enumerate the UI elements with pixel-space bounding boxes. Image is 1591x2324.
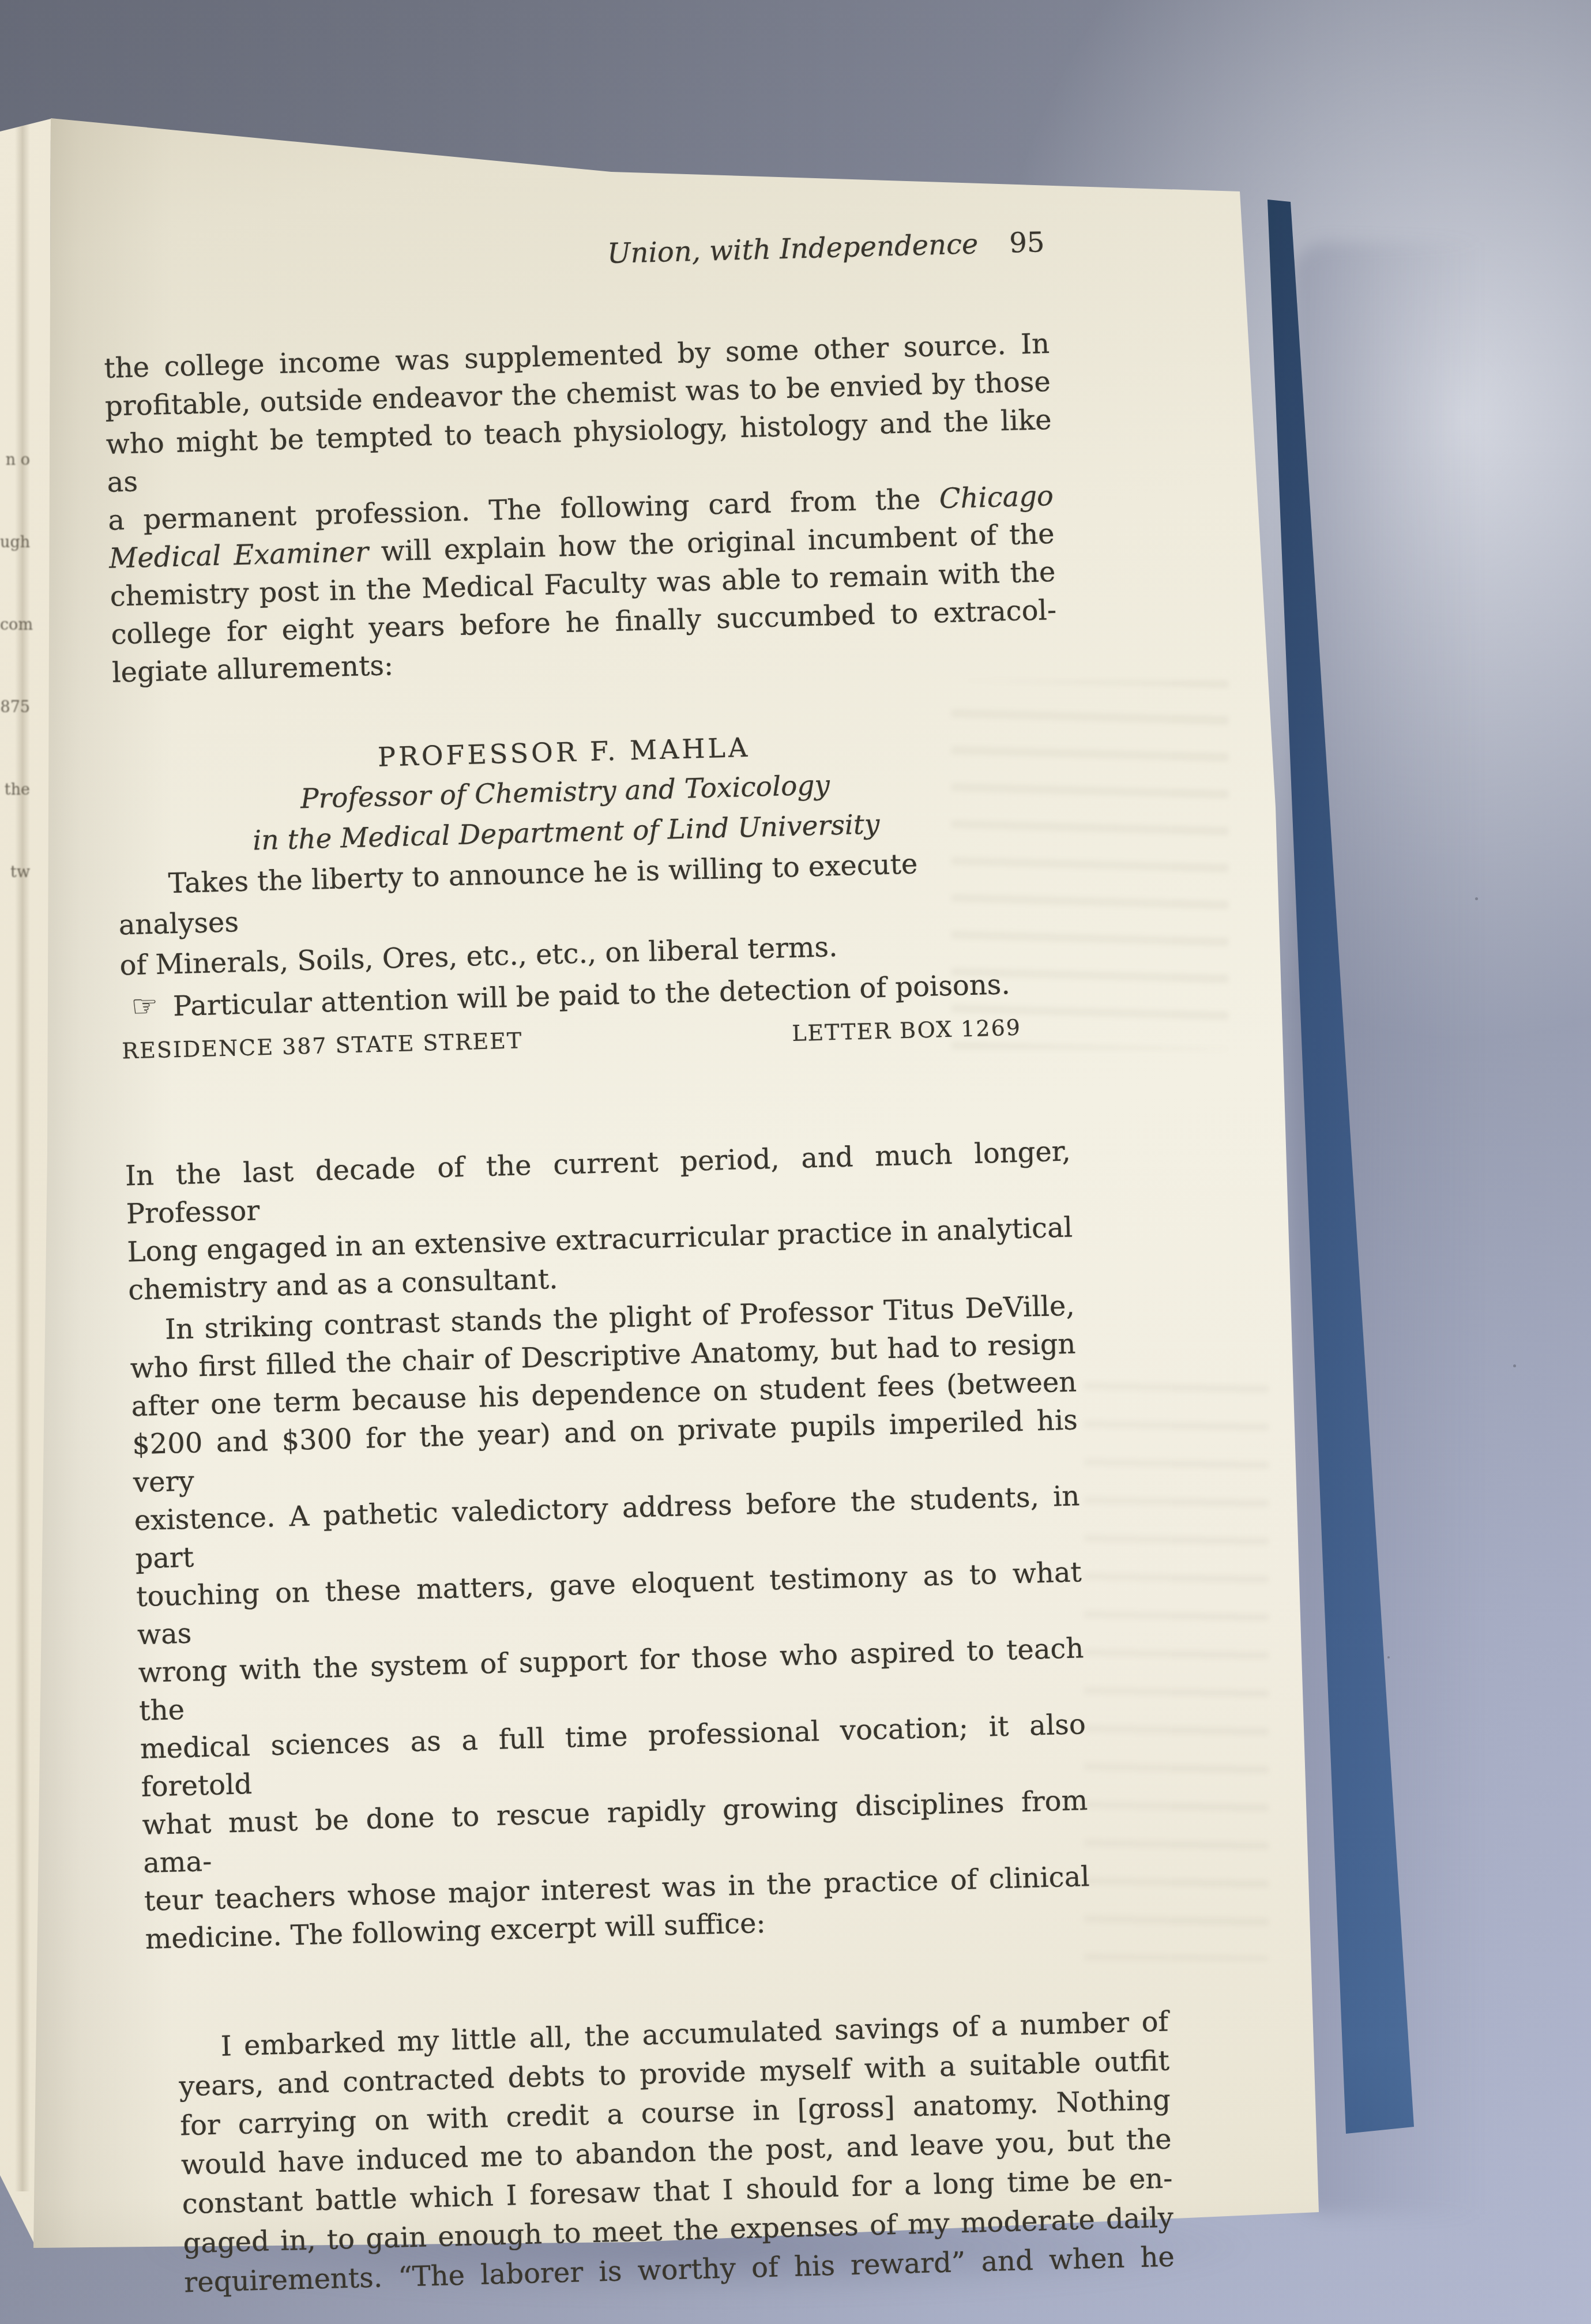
page-text: Union, with Independence 95 the college … xyxy=(101,223,1100,2303)
ink-bleed-through xyxy=(1084,1355,1269,1961)
manicule-pointing-hand-icon: ☞ xyxy=(131,989,159,1024)
facing-page-text-fragments: n oughcom875thetw xyxy=(0,451,30,946)
photo-of-open-book: n oughcom875thetw Union, with Independen… xyxy=(0,0,1591,2324)
card-body-text: Takes the liberty to announce he is will… xyxy=(117,841,1043,986)
paragraph-titus-deville: In striking contrast stands the plight o… xyxy=(129,1287,1091,1958)
block-quote-excerpt: I embarked my little all, the accumulate… xyxy=(178,2002,1175,2303)
dust-speck xyxy=(1475,897,1478,900)
card-letter-box: LETTER BOX 1269 xyxy=(792,1014,1022,1047)
paragraph-college-income: the college income was supplemented by s… xyxy=(104,325,1058,692)
dust-speck xyxy=(1387,1656,1390,1659)
page-number: 95 xyxy=(1009,223,1045,262)
dust-speck xyxy=(1513,1364,1516,1367)
advertisement-card: PROFESSOR F. MAHLA Professor of Chemistr… xyxy=(114,720,1045,1065)
card-residence-address: RESIDENCE 387 STATE STREET xyxy=(122,1026,523,1065)
paragraph-professor-long: In the last decade of the current period… xyxy=(125,1133,1074,1310)
